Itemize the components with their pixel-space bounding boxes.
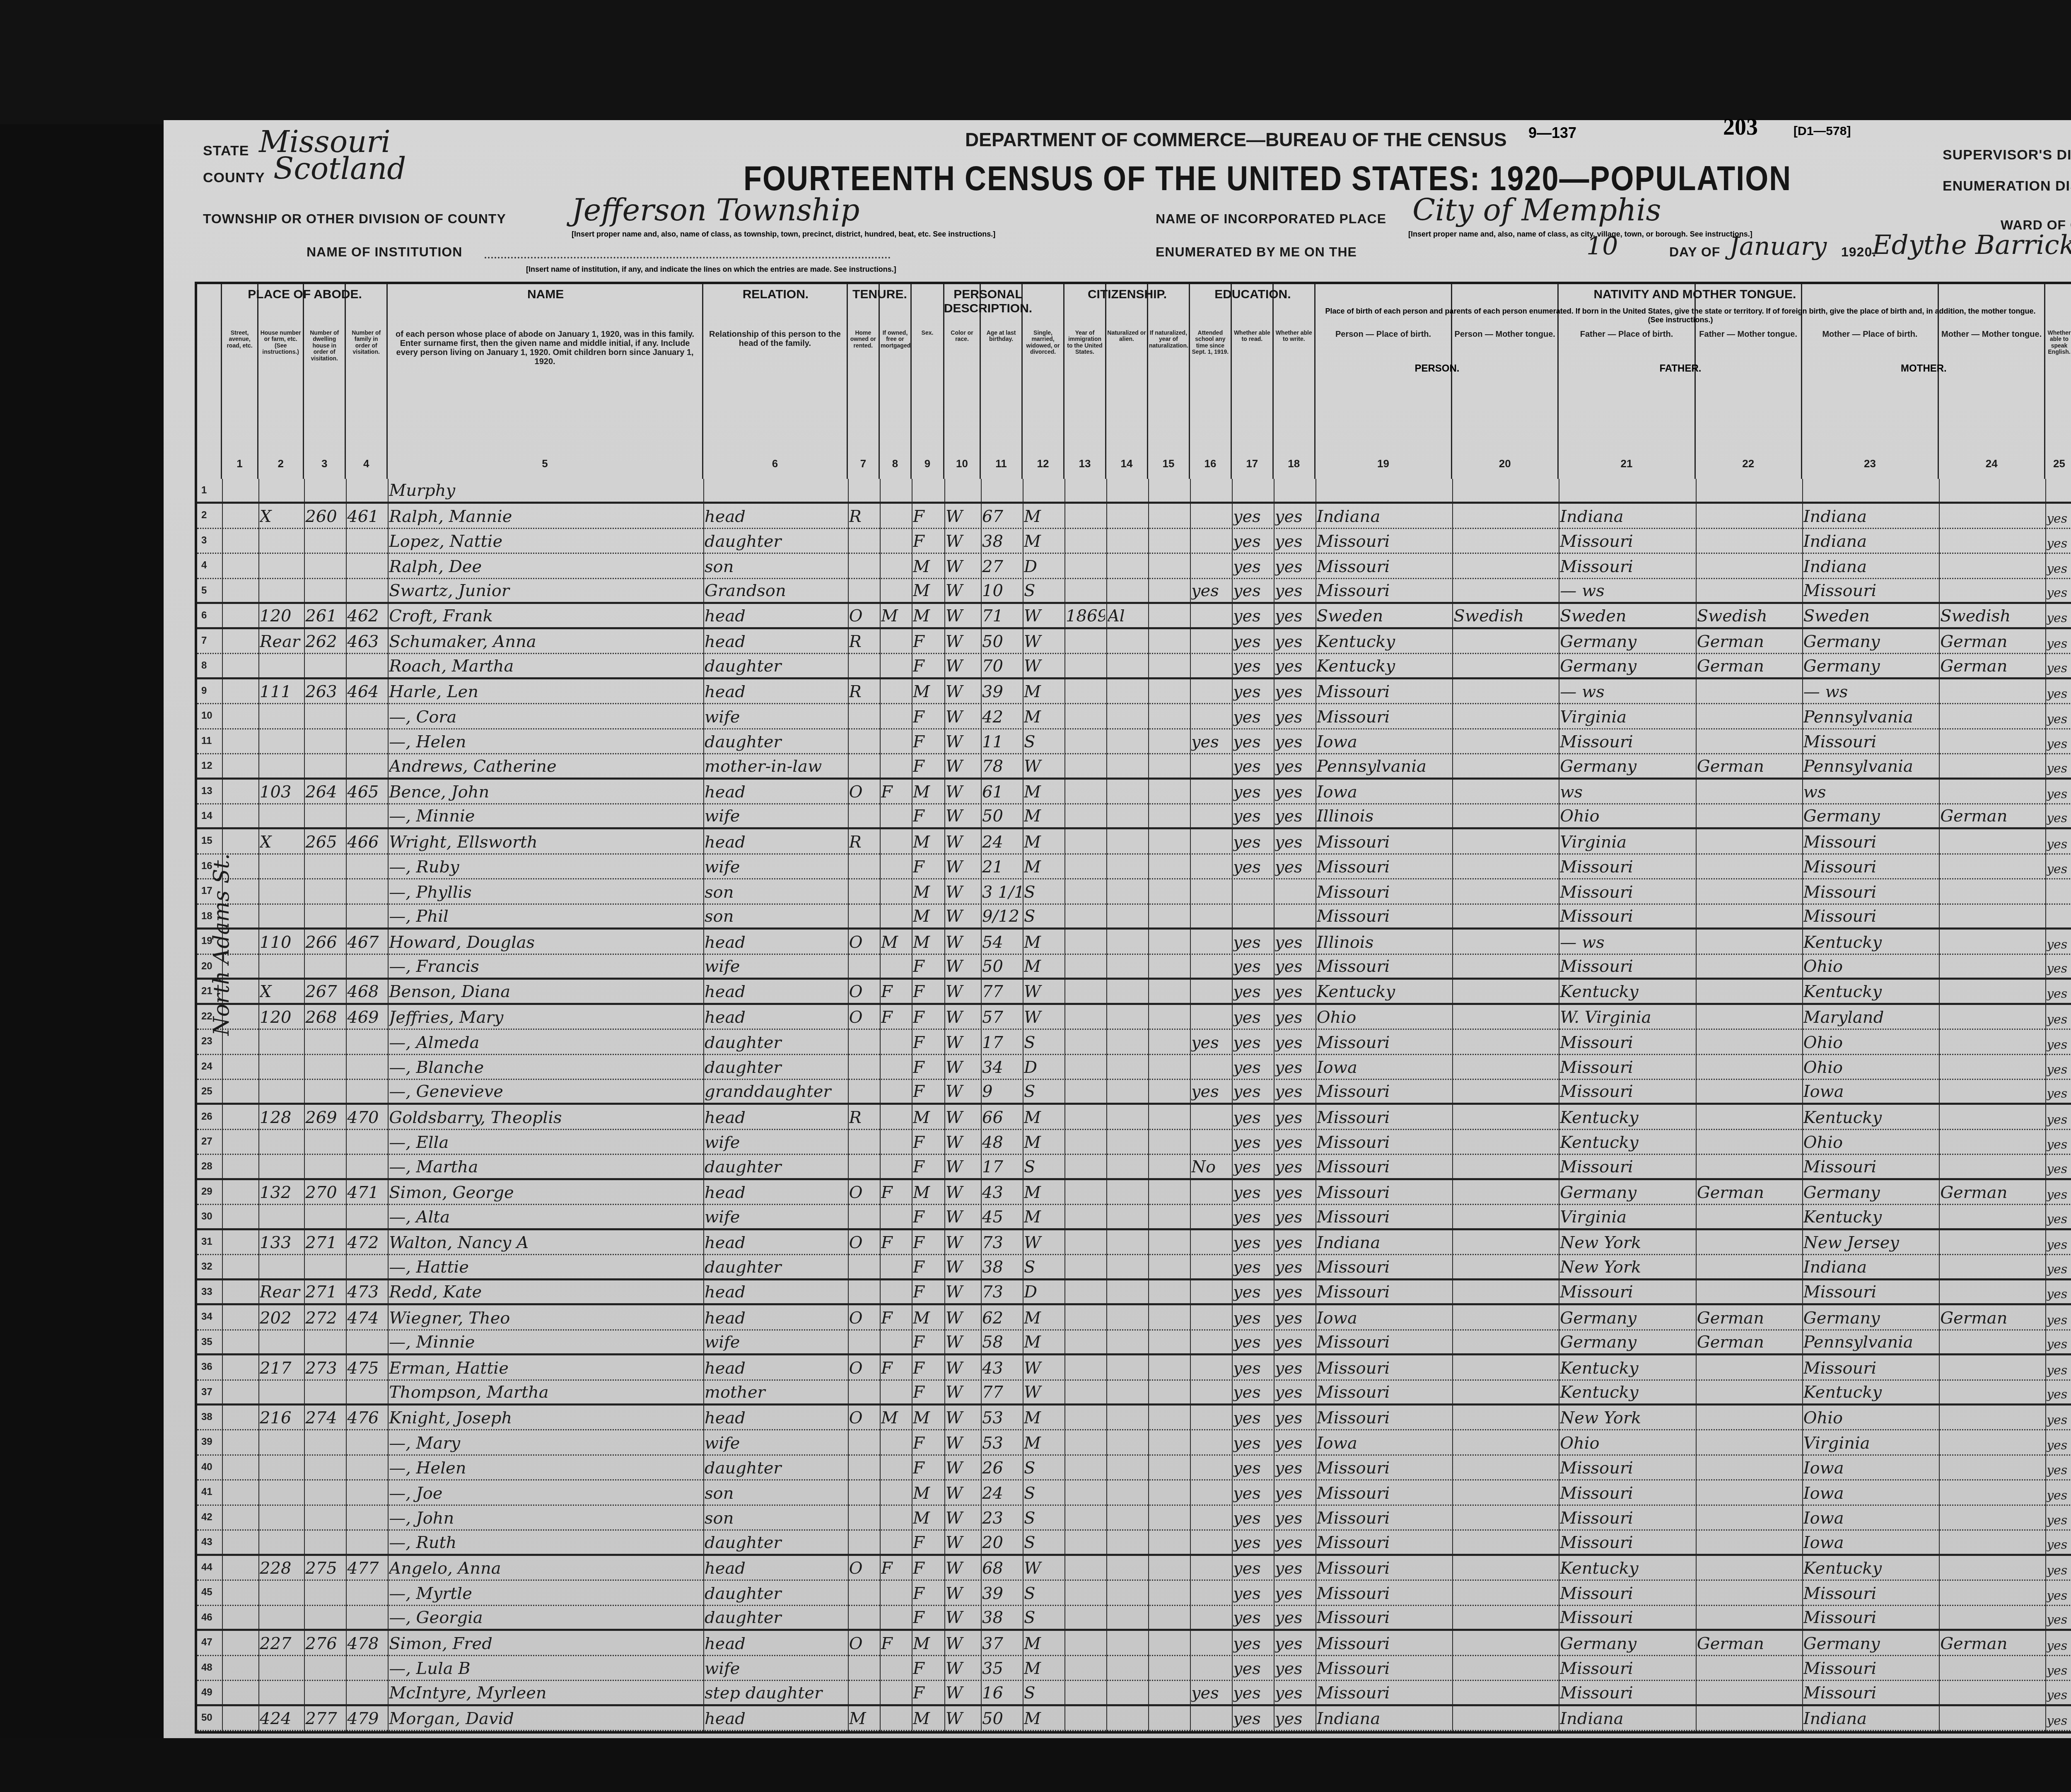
cell-relation: head xyxy=(705,780,847,803)
cell-race: W xyxy=(946,1430,980,1454)
cell-nat xyxy=(1108,1055,1147,1079)
cell-dwelling xyxy=(305,1331,345,1353)
ward-label: WARD OF CITY xyxy=(2001,217,2071,233)
cell-name: Swartz, Junior xyxy=(389,579,702,602)
cell-write: yes xyxy=(1275,529,1314,553)
column-label: Sex. xyxy=(912,330,942,336)
cell-house xyxy=(260,579,303,602)
cell-school xyxy=(1191,980,1231,1002)
cell-name: Erman, Hattie xyxy=(389,1355,702,1379)
column-header-15: If naturalized, year of naturalization.1… xyxy=(1148,284,1190,479)
cell-fmt xyxy=(1697,1556,1801,1579)
cell-read: yes xyxy=(1233,1080,1272,1103)
cell-mort xyxy=(881,1155,910,1178)
cell-pob: Missouri xyxy=(1317,1631,1451,1654)
cell-fmt xyxy=(1697,804,1801,827)
line-number: 29 xyxy=(201,1186,212,1198)
cell-school xyxy=(1191,1105,1231,1129)
cell-family: 464 xyxy=(347,679,386,703)
cell-mort xyxy=(881,504,910,527)
cell-write: yes xyxy=(1275,1305,1314,1329)
cell-mort xyxy=(881,729,910,753)
cell-natyr xyxy=(1149,879,1189,903)
cell-family xyxy=(347,554,386,577)
cell-mt: Swedish xyxy=(1453,604,1557,627)
cell-mpob: Ohio xyxy=(1803,1055,1938,1079)
cell-sex: M xyxy=(913,1105,943,1129)
cell-read: yes xyxy=(1233,1355,1272,1379)
cell-school xyxy=(1191,479,1231,502)
cell-house: 217 xyxy=(260,1355,303,1379)
cell-fpob: Kentucky xyxy=(1560,1130,1694,1154)
column-label: Age at last birthday. xyxy=(982,330,1021,343)
cell-house xyxy=(260,1030,303,1053)
cell-pob: Missouri xyxy=(1317,1105,1451,1129)
cell-race: W xyxy=(946,1180,980,1204)
cell-natyr xyxy=(1149,1205,1189,1228)
line-number: 50 xyxy=(201,1712,212,1724)
cell-relation: Grandson xyxy=(705,579,847,602)
cell-age: 24 xyxy=(982,1480,1021,1504)
cell-mpob: Iowa xyxy=(1803,1080,1938,1103)
cell-own xyxy=(849,1331,879,1353)
cell-mmt xyxy=(1940,1280,2044,1303)
cell-name: Simon, Fred xyxy=(389,1631,702,1654)
cell-own xyxy=(849,729,879,753)
cell-immig xyxy=(1066,704,1105,728)
cell-school: yes xyxy=(1191,1681,1231,1704)
cell-write xyxy=(1275,879,1314,903)
cell-dwelling: 262 xyxy=(305,629,345,653)
line-number: 4 xyxy=(201,560,207,571)
cell-age: 17 xyxy=(982,1030,1021,1053)
cell-fmt xyxy=(1697,1205,1801,1228)
cell-mmt xyxy=(1940,504,2044,527)
cell-immig xyxy=(1066,879,1105,903)
cell-age: 21 xyxy=(982,855,1021,878)
cell-english: yes xyxy=(2047,579,2071,602)
cell-write: yes xyxy=(1275,1355,1314,1379)
cell-own: R xyxy=(849,829,879,853)
cell-mort xyxy=(881,1130,910,1154)
cell-marital: M xyxy=(1024,1305,1063,1329)
cell-school xyxy=(1191,604,1231,627)
cell-sex: M xyxy=(913,1480,943,1504)
bracket-code: [D1—578] xyxy=(1793,124,1851,138)
cell-read: yes xyxy=(1233,1506,1272,1529)
cell-read: yes xyxy=(1233,1230,1272,1254)
cell-name: McIntyre, Myrleen xyxy=(389,1681,702,1704)
line-number: 7 xyxy=(201,635,207,647)
cell-mort xyxy=(881,1581,910,1604)
cell-school xyxy=(1191,629,1231,653)
cell-dwelling: 271 xyxy=(305,1230,345,1254)
cell-fmt xyxy=(1697,1406,1801,1429)
column-number: 12 xyxy=(1023,457,1063,470)
cell-family xyxy=(347,1656,386,1680)
cell-house: X xyxy=(260,980,303,1002)
cell-sex: F xyxy=(913,1581,943,1604)
cell-marital: W xyxy=(1024,1005,1063,1029)
cell-mpob: Pennsylvania xyxy=(1803,704,1938,728)
cell-mt xyxy=(1453,829,1557,853)
census-row: 35—, MinniewifeFW58MyesyesMissouriGerman… xyxy=(197,1331,2071,1355)
cell-family: 474 xyxy=(347,1305,386,1329)
cell-race: W xyxy=(946,955,980,978)
cell-write: yes xyxy=(1275,1456,1314,1479)
cell-nat xyxy=(1108,1105,1147,1129)
cell-race: W xyxy=(946,754,980,777)
cell-natyr xyxy=(1149,1030,1189,1053)
cell-age: 16 xyxy=(982,1681,1021,1704)
cell-school xyxy=(1191,1355,1231,1379)
cell-fmt xyxy=(1697,1656,1801,1680)
cell-relation: daughter xyxy=(705,654,847,677)
incorporated-place-note: [Insert proper name and, also, name of c… xyxy=(1408,230,1752,239)
cell-race: W xyxy=(946,980,980,1002)
cell-age: 38 xyxy=(982,1255,1021,1278)
cell-race: W xyxy=(946,930,980,953)
cell-mpob: Missouri xyxy=(1803,829,1938,853)
cell-immig xyxy=(1066,529,1105,553)
cell-house xyxy=(260,479,303,502)
cell-mmt xyxy=(1940,1656,2044,1680)
cell-mmt: German xyxy=(1940,804,2044,827)
cell-age: 62 xyxy=(982,1305,1021,1329)
cell-marital: M xyxy=(1024,1406,1063,1429)
cell-nat xyxy=(1108,1656,1147,1680)
cell-mt xyxy=(1453,1656,1557,1680)
cell-family xyxy=(347,1430,386,1454)
year-label: 1920. xyxy=(1841,244,1876,260)
cell-mt xyxy=(1453,855,1557,878)
column-header-18: Whether able to write.18 xyxy=(1274,284,1315,479)
cell-age: 78 xyxy=(982,754,1021,777)
cell-english: yes xyxy=(2047,1606,2071,1629)
cell-family: 465 xyxy=(347,780,386,803)
cell-school xyxy=(1191,1406,1231,1429)
cell-race: W xyxy=(946,1280,980,1303)
column-number: 5 xyxy=(388,457,702,470)
cell-read: yes xyxy=(1233,504,1272,527)
cell-fpob: Missouri xyxy=(1560,1606,1694,1629)
cell-nat xyxy=(1108,1305,1147,1329)
cell-pob: Iowa xyxy=(1317,1055,1451,1079)
cell-mort xyxy=(881,1531,910,1553)
cell-nat xyxy=(1108,1331,1147,1353)
cell-sex: M xyxy=(913,1406,943,1429)
cell-house xyxy=(260,1456,303,1479)
cell-sex: F xyxy=(913,1055,943,1079)
cell-relation: granddaughter xyxy=(705,1080,847,1103)
cell-english: yes xyxy=(2047,1005,2071,1029)
cell-relation: wife xyxy=(705,955,847,978)
cell-mort xyxy=(881,529,910,553)
cell-name: —, Helen xyxy=(389,729,702,753)
column-number: 16 xyxy=(1190,457,1231,470)
cell-read: yes xyxy=(1233,1180,1272,1204)
line-number: 46 xyxy=(201,1612,212,1623)
cell-sex: F xyxy=(913,1606,943,1629)
nativity-subgroup: FATHER. xyxy=(1559,363,1802,374)
cell-school xyxy=(1191,1005,1231,1029)
cell-name: —, Cora xyxy=(389,704,702,728)
cell-school xyxy=(1191,1480,1231,1504)
cell-mt xyxy=(1453,1155,1557,1178)
cell-house: 216 xyxy=(260,1406,303,1429)
column-number: 22 xyxy=(1696,457,1801,470)
cell-family: 473 xyxy=(347,1280,386,1303)
cell-own: R xyxy=(849,504,879,527)
cell-own xyxy=(849,529,879,553)
cell-sex: M xyxy=(913,879,943,903)
cell-fpob: Kentucky xyxy=(1560,1355,1694,1379)
column-header-2: House number or farm, etc. (See instruct… xyxy=(258,284,304,479)
cell-house: Rear xyxy=(260,1280,303,1303)
cell-natyr xyxy=(1149,1656,1189,1680)
cell-dwelling: 270 xyxy=(305,1180,345,1204)
census-row: 36217273475Erman, HattieheadOFFW43Wyesye… xyxy=(197,1355,2071,1380)
cell-nat xyxy=(1108,1506,1147,1529)
cell-english: yes xyxy=(2047,780,2071,803)
cell-dwelling xyxy=(305,1055,345,1079)
cell-mmt xyxy=(1940,479,2044,502)
cell-immig xyxy=(1066,1205,1105,1228)
cell-mmt xyxy=(1940,1506,2044,1529)
column-number: 25 xyxy=(2045,457,2071,470)
cell-age: 42 xyxy=(982,704,1021,728)
cell-sex: M xyxy=(913,930,943,953)
cell-mort: M xyxy=(881,930,910,953)
census-row: 29132270471Simon, GeorgeheadOFMW43Myesye… xyxy=(197,1180,2071,1205)
cell-relation: son xyxy=(705,554,847,577)
cell-house xyxy=(260,905,303,927)
cell-mmt xyxy=(1940,930,2044,953)
cell-mmt xyxy=(1940,1331,2044,1353)
cell-name: —, Myrtle xyxy=(389,1581,702,1604)
cell-mpob: Indiana xyxy=(1803,504,1938,527)
cell-mpob: Kentucky xyxy=(1803,980,1938,1002)
cell-age: 34 xyxy=(982,1055,1021,1079)
census-row: 48—, Lula BwifeFW35MyesyesMissouriMissou… xyxy=(197,1656,2071,1681)
cell-dwelling xyxy=(305,1205,345,1228)
cell-immig xyxy=(1066,654,1105,677)
cell-school xyxy=(1191,804,1231,827)
institution-field xyxy=(485,257,891,258)
cell-pob: Missouri xyxy=(1317,579,1451,602)
cell-english: yes xyxy=(2047,654,2071,677)
cell-mort xyxy=(881,1381,910,1403)
cell-own xyxy=(849,1155,879,1178)
cell-marital: S xyxy=(1024,1030,1063,1053)
cell-age: 43 xyxy=(982,1355,1021,1379)
cell-english: yes xyxy=(2047,955,2071,978)
column-label: Whether able to read. xyxy=(1233,330,1272,343)
cell-mort xyxy=(881,1606,910,1629)
cell-relation: daughter xyxy=(705,1581,847,1604)
census-row: 10—, CorawifeFW42MyesyesMissouriVirginia… xyxy=(197,704,2071,729)
cell-nat xyxy=(1108,679,1147,703)
cell-fmt: German xyxy=(1697,754,1801,777)
cell-family xyxy=(347,879,386,903)
cell-mt xyxy=(1453,1305,1557,1329)
cell-family: 470 xyxy=(347,1105,386,1129)
cell-dwelling xyxy=(305,804,345,827)
cell-own: M xyxy=(849,1706,879,1730)
institution-note: [Insert name of institution, if any, and… xyxy=(526,265,896,274)
cell-mmt xyxy=(1940,1480,2044,1504)
cell-fpob: Germany xyxy=(1560,1331,1694,1353)
cell-house: 111 xyxy=(260,679,303,703)
cell-immig xyxy=(1066,1105,1105,1129)
cell-mort: F xyxy=(881,780,910,803)
cell-english: yes xyxy=(2047,1180,2071,1204)
census-row: 24—, BlanchedaughterFW34DyesyesIowaMisso… xyxy=(197,1055,2071,1080)
cell-mort xyxy=(881,1205,910,1228)
cell-read: yes xyxy=(1233,604,1272,627)
cell-sex: F xyxy=(913,1556,943,1579)
cell-mort xyxy=(881,1656,910,1680)
cell-natyr xyxy=(1149,930,1189,953)
cell-nat xyxy=(1108,1080,1147,1103)
cell-relation: wife xyxy=(705,1205,847,1228)
cell-natyr xyxy=(1149,479,1189,502)
cell-name: —, Helen xyxy=(389,1456,702,1479)
cell-own xyxy=(849,1480,879,1504)
cell-sex: F xyxy=(913,1230,943,1254)
township-note: [Insert proper name and, also, name of c… xyxy=(572,230,995,239)
census-row: 41—, JoesonMW24SyesyesMissouriMissouriIo… xyxy=(197,1480,2071,1505)
enumerated-day: 10 xyxy=(1586,232,1618,261)
cell-natyr xyxy=(1149,654,1189,677)
cell-family xyxy=(347,1480,386,1504)
cell-english: yes xyxy=(2047,1080,2071,1103)
cell-pob: Missouri xyxy=(1317,1406,1451,1429)
cell-name: Bence, John xyxy=(389,780,702,803)
cell-fmt xyxy=(1697,829,1801,853)
cell-school xyxy=(1191,829,1231,853)
cell-fmt xyxy=(1697,1706,1801,1730)
cell-sex: M xyxy=(913,1180,943,1204)
cell-read: yes xyxy=(1233,579,1272,602)
cell-fmt: German xyxy=(1697,654,1801,677)
cell-dwelling xyxy=(305,1606,345,1629)
cell-nat xyxy=(1108,1030,1147,1053)
cell-mpob: Germany xyxy=(1803,654,1938,677)
cell-mmt xyxy=(1940,1055,2044,1079)
cell-race: W xyxy=(946,1681,980,1704)
cell-read xyxy=(1233,905,1272,927)
cell-read: yes xyxy=(1233,1155,1272,1178)
cell-write: yes xyxy=(1275,604,1314,627)
cell-nat xyxy=(1108,729,1147,753)
cell-immig xyxy=(1066,1280,1105,1303)
cell-read: yes xyxy=(1233,1105,1272,1129)
street-name: North Adams St. xyxy=(209,853,234,1036)
cell-own xyxy=(849,579,879,602)
cell-immig xyxy=(1066,855,1105,878)
cell-school xyxy=(1191,1430,1231,1454)
cell-dwelling: 264 xyxy=(305,780,345,803)
cell-mpob: Kentucky xyxy=(1803,930,1938,953)
cell-dwelling xyxy=(305,1430,345,1454)
cell-race: W xyxy=(946,1531,980,1553)
cell-own: O xyxy=(849,1556,879,1579)
census-row: 19110266467Howard, DouglasheadOMMW54Myes… xyxy=(197,930,2071,954)
cell-school xyxy=(1191,1606,1231,1629)
cell-race: W xyxy=(946,1230,980,1254)
cell-mmt: German xyxy=(1940,629,2044,653)
cell-marital: M xyxy=(1024,1180,1063,1204)
cell-mort: F xyxy=(881,1230,910,1254)
cell-mort xyxy=(881,1055,910,1079)
cell-fpob: Missouri xyxy=(1560,529,1694,553)
cell-mt xyxy=(1453,1406,1557,1429)
cell-nat xyxy=(1108,1531,1147,1553)
cell-dwelling xyxy=(305,479,345,502)
cell-school xyxy=(1191,1556,1231,1579)
cell-house xyxy=(260,1080,303,1103)
cell-house: 110 xyxy=(260,930,303,953)
cell-house xyxy=(260,879,303,903)
column-number: 15 xyxy=(1148,457,1189,470)
cell-natyr xyxy=(1149,1280,1189,1303)
cell-age: 23 xyxy=(982,1506,1021,1529)
line-number: 14 xyxy=(201,810,212,822)
cell-immig xyxy=(1066,955,1105,978)
cell-nat xyxy=(1108,1706,1147,1730)
cell-fpob: Missouri xyxy=(1560,1155,1694,1178)
cell-own xyxy=(849,1255,879,1278)
cell-family xyxy=(347,754,386,777)
cell-read: yes xyxy=(1233,1456,1272,1479)
cell-fmt xyxy=(1697,780,1801,803)
column-header-8: If owned, free or mortgaged.8 xyxy=(880,284,912,479)
cell-english xyxy=(2047,879,2071,903)
cell-house xyxy=(260,1205,303,1228)
cell-race: W xyxy=(946,829,980,853)
cell-immig xyxy=(1066,829,1105,853)
cell-read: yes xyxy=(1233,1480,1272,1504)
cell-natyr xyxy=(1149,1305,1189,1329)
cell-marital: S xyxy=(1024,879,1063,903)
cell-relation: son xyxy=(705,905,847,927)
cell-mpob: Indiana xyxy=(1803,554,1938,577)
cell-school xyxy=(1191,1130,1231,1154)
census-row: 16—, RubywifeFW21MyesyesMissouriMissouri… xyxy=(197,855,2071,879)
cell-pob: Missouri xyxy=(1317,1556,1451,1579)
cell-house: X xyxy=(260,829,303,853)
cell-dwelling xyxy=(305,879,345,903)
cell-mpob: Missouri xyxy=(1803,1656,1938,1680)
cell-natyr xyxy=(1149,1456,1189,1479)
cell-race: W xyxy=(946,1130,980,1154)
cell-mpob: Iowa xyxy=(1803,1531,1938,1553)
cell-mpob: Germany xyxy=(1803,1180,1938,1204)
line-number: 15 xyxy=(201,835,212,847)
cell-pob: Missouri xyxy=(1317,855,1451,878)
cell-fmt xyxy=(1697,1606,1801,1629)
cell-nat xyxy=(1108,1556,1147,1579)
cell-dwelling: 276 xyxy=(305,1631,345,1654)
cell-family xyxy=(347,1080,386,1103)
cell-house xyxy=(260,1255,303,1278)
cell-relation: head xyxy=(705,604,847,627)
cell-sex xyxy=(913,479,943,502)
cell-race: W xyxy=(946,780,980,803)
cell-relation: wife xyxy=(705,1331,847,1353)
cell-house xyxy=(260,1506,303,1529)
